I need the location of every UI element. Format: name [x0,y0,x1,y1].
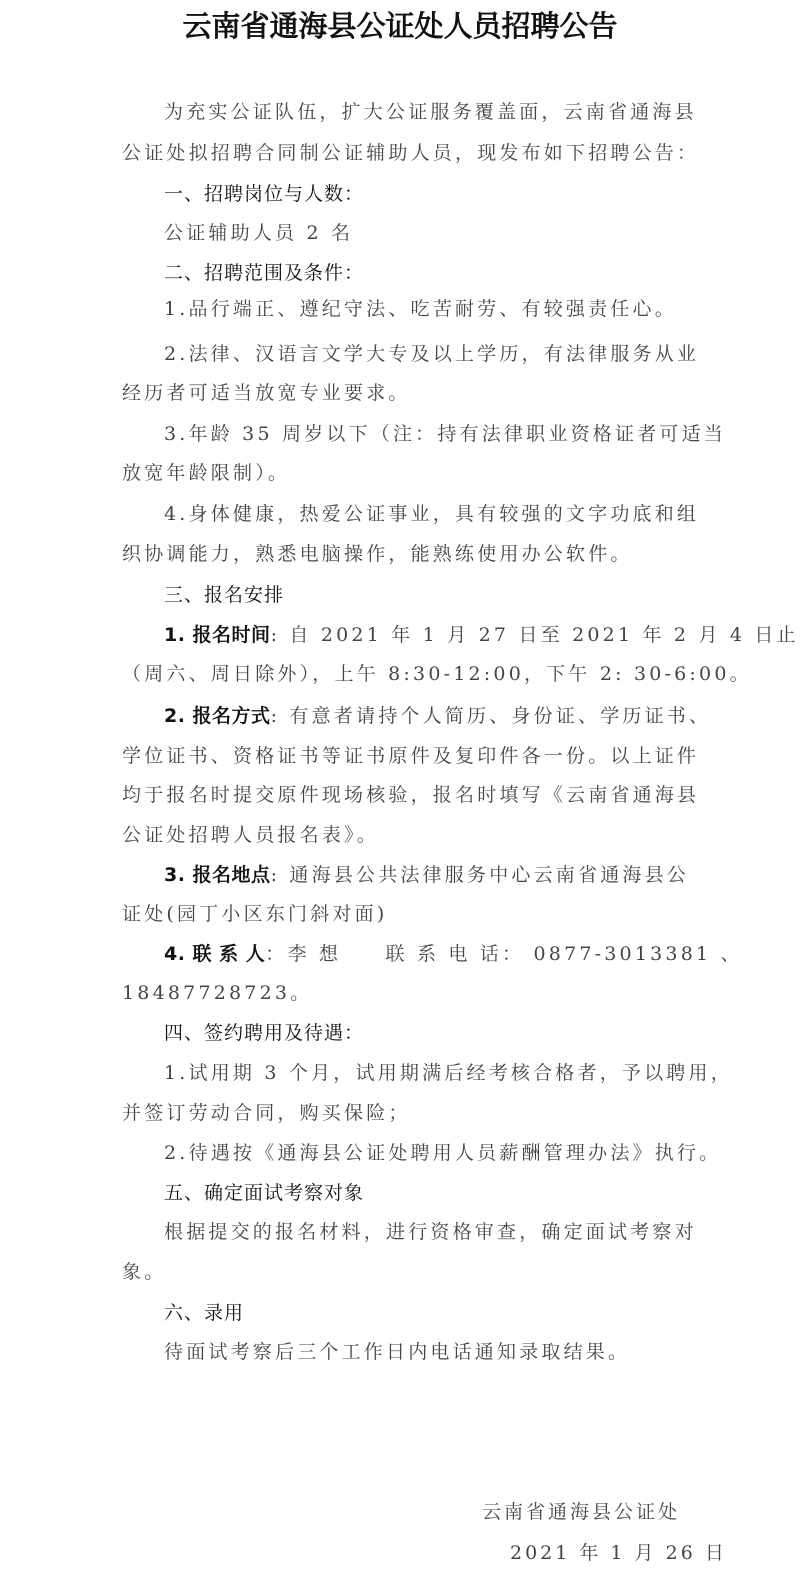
contract-item-1-line-1: 1.试用期 3 个月，试用期满后经考核合格者，予以聘用， [164,1058,720,1085]
section-heading-contract: 四、签约聘用及待遇： [164,1018,364,1045]
registration-method-value: : 有意者请持个人简历、身份证、学历证书、 [271,705,712,727]
registration-location-line-2: 证处(园丁小区东门斜对面) [122,899,678,926]
registration-time-label: 1. 报名时间 [164,624,271,646]
contract-item-1-line-2: 并签订劳动合同，购买保险； [122,1098,678,1125]
section-heading-hiring: 六、录用 [164,1298,244,1325]
section-heading-registration: 三、报名安排 [164,580,284,607]
registration-location-label: 3. 报名地点 [164,864,271,886]
condition-item-4-line-1: 4.身体健康，热爱公证事业，具有较强的文字功底和组 [164,499,720,526]
condition-item-2-line-1: 2.法律、汉语言文学大专及以上学历，有法律服务从业 [164,339,720,366]
interview-line-2: 象。 [122,1257,678,1284]
registration-time-value: : 自 2021 年 1 月 27 日至 2021 年 2 月 4 日止 [271,624,799,646]
intro-line-1: 为充实公证队伍，扩大公证服务覆盖面，云南省通海县 [164,97,720,124]
signature-date: 2021 年 1 月 26 日 [510,1538,727,1565]
registration-location-value: : 通海县公共法律服务中心云南省通海县公 [271,864,689,886]
hiring-body: 待面试考察后三个工作日内电话通知录取结果。 [164,1337,720,1364]
condition-item-4-line-2: 织协调能力，熟悉电脑操作，能熟练使用办公软件。 [122,539,678,566]
intro-line-2: 公证处拟招聘合同制公证辅助人员，现发布如下招聘公告： [122,138,678,165]
section-heading-interview: 五、确定面试考察对象 [164,1178,364,1205]
registration-method-line-2: 学位证书、资格证书等证书原件及复印件各一份。以上证件 [122,741,678,768]
condition-item-2-line-2: 经历者可适当放宽专业要求。 [122,378,678,405]
section-heading-positions: 一、招聘岗位与人数： [164,179,364,206]
condition-item-1: 1.品行端正、遵纪守法、吃苦耐劳、有较强责任心。 [164,294,720,321]
registration-method-line-3: 均于报名时提交原件现场核验，报名时填写《云南省通海县 [122,780,678,807]
contract-item-2: 2.待遇按《通海县公证处聘用人员薪酬管理办法》执行。 [164,1138,720,1165]
positions-body: 公证辅助人员 2 名 [164,218,720,245]
signature-organization: 云南省通海县公证处 [482,1497,680,1524]
registration-time-line-2: （周六、周日除外），上午 8:30-12:00，下午 2: 30-6:00。 [122,659,678,686]
registration-time-line-1: 1. 报名时间: 自 2021 年 1 月 27 日至 2021 年 2 月 4… [164,620,720,647]
registration-method-line-1: 2. 报名方式: 有意者请持个人简历、身份证、学历证书、 [164,701,720,728]
condition-item-3-line-2: 放宽年龄限制）。 [122,458,678,485]
document-title: 云南省通海县公证处人员招聘公告 [0,4,800,45]
interview-line-1: 根据提交的报名材料，进行资格审查，确定面试考察对 [164,1217,720,1244]
contact-person-label: 4. 联 系 人 [164,943,265,965]
contact-info-value: ：李 想 联 系 电 话： 0877-3013381 、 [265,943,742,965]
section-heading-conditions: 二、招聘范围及条件： [164,258,364,285]
contact-line-2: 18487728723。 [122,978,678,1005]
registration-location-line-1: 3. 报名地点: 通海县公共法律服务中心云南省通海县公 [164,860,720,887]
registration-method-label: 2. 报名方式 [164,705,271,727]
condition-item-3-line-1: 3.年龄 35 周岁以下（注：持有法律职业资格证者可适当 [164,419,720,446]
contact-line-1: 4. 联 系 人：李 想 联 系 电 话： 0877-3013381 、 [164,939,720,966]
registration-method-line-4: 公证处招聘人员报名表》。 [122,820,678,847]
notice-document: 云南省通海县公证处人员招聘公告 为充实公证队伍，扩大公证服务覆盖面，云南省通海县… [0,0,800,1577]
